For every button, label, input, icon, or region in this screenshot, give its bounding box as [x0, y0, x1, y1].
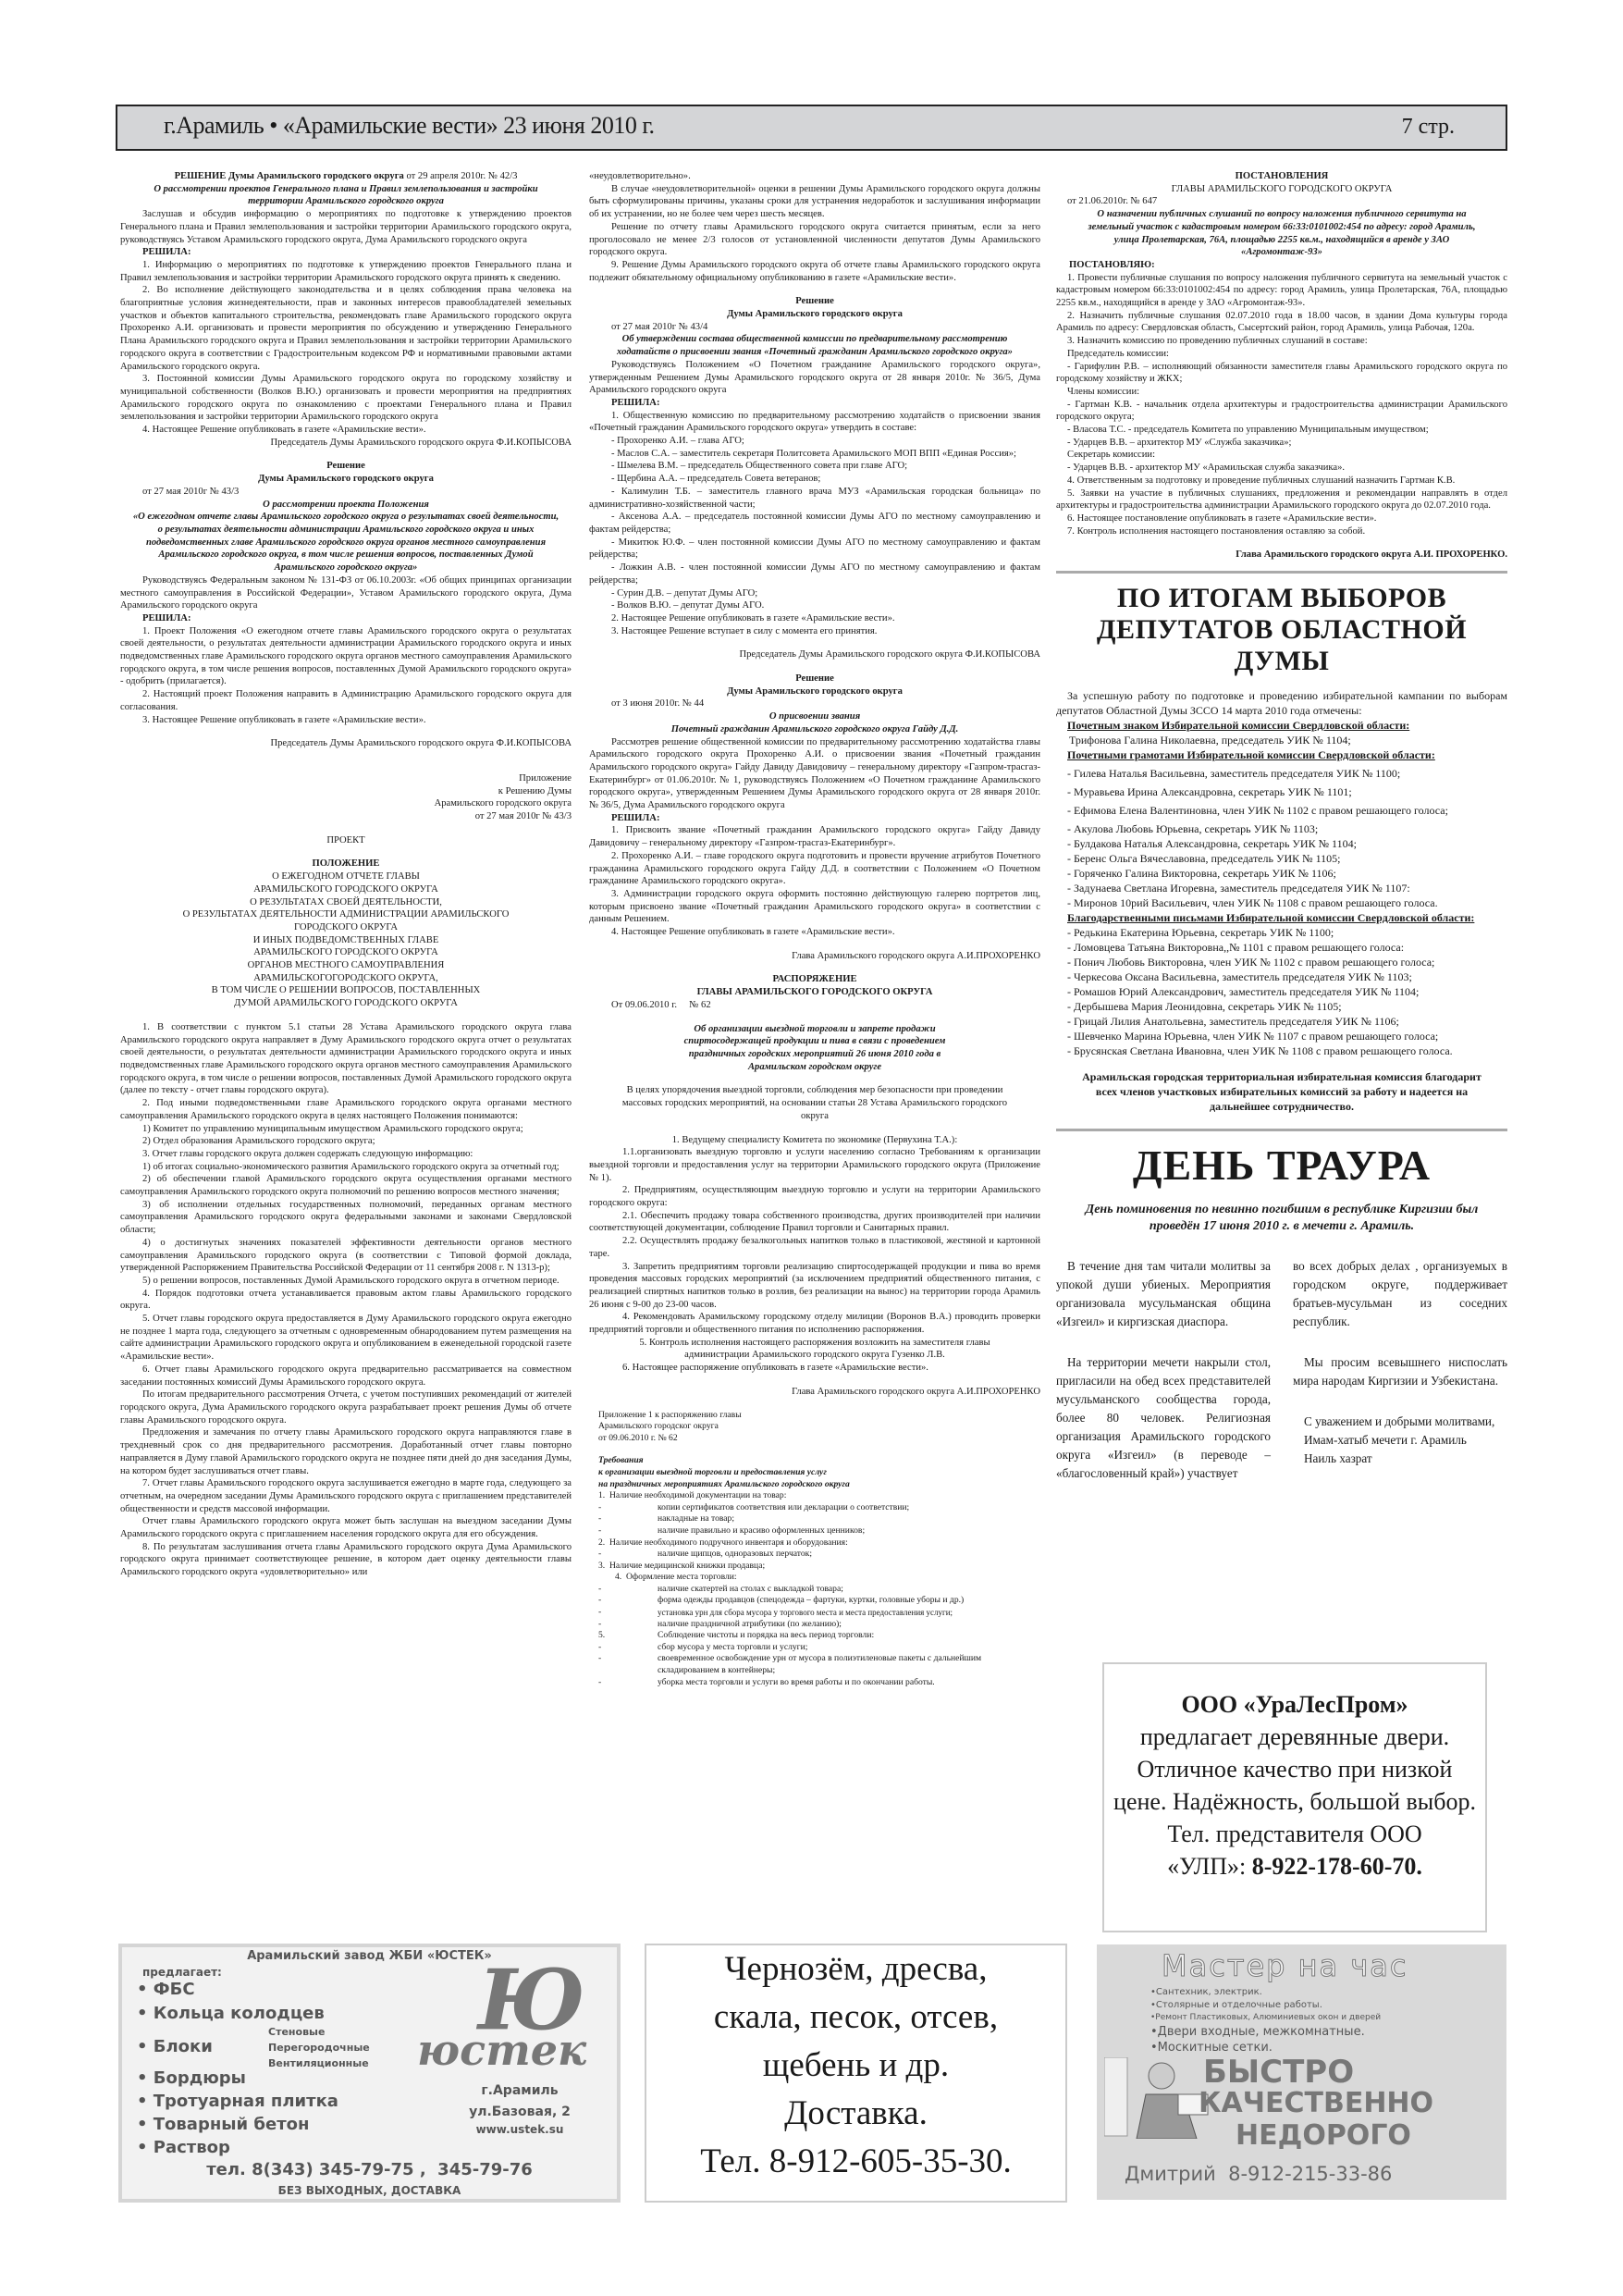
award-person: - Понич Любовь Викторовна, член УИК № 11…	[1056, 955, 1507, 969]
mourning-paragraph: Мы просим всевышнего ниспослать мира нар…	[1293, 1353, 1507, 1390]
regulation-paragraph: 8. По результатам заслушивания отчета гл…	[120, 1541, 572, 1579]
decision-title: Решение	[120, 460, 572, 473]
ad-product: • Раствор	[137, 2138, 230, 2157]
resolution-item: Секретарь комиссии:	[1056, 449, 1507, 462]
commission-member: - Прохоренко А.И. – глава АГО;	[589, 435, 1040, 448]
section-headline: ПО ИТОГАМ ВЫБОРОВ ДЕПУТАТОВ ОБЛАСТНОЙ ДУ…	[1056, 583, 1507, 677]
order-item: 2.2. Осуществлять продажу безалкогольных…	[589, 1235, 1040, 1260]
decision-44: Решение Думы Арамильского городского окр…	[589, 673, 1040, 962]
regulation-paragraph: По итогам предварительного рассмотрения …	[120, 1389, 572, 1426]
column-3: ПОСТАНОВЛЕНИЯ ГЛАВЫ АРАМИЛЬСКОГО ГОРОДСК…	[1056, 170, 1507, 1483]
regulation-paragraph: Отчет главы Арамильского городского окру…	[120, 1515, 572, 1540]
award-person: - Булдакова Наталья Александровна, секре…	[1056, 836, 1507, 851]
decision-item: 2. Прохоренко А.И. – главе городского ок…	[589, 850, 1040, 888]
decision-issuer: Думы Арамильского городского округа	[120, 473, 572, 486]
appendix-line: к Решению Думы	[120, 785, 572, 798]
award-group-title: Благодарственными письмами Избирательной…	[1056, 910, 1507, 925]
regulation-paragraph: 2) об обеспечении главой Арамильского го…	[120, 1173, 572, 1198]
award-person: - Ромашов Юрий Александрович, заместител…	[1056, 984, 1507, 999]
order-issuer: ГЛАВЫ АРАМИЛЬСКОГО ГОРОДСКОГО ОКРУГА	[589, 986, 1040, 999]
ad-slogan: НЕДОРОГО	[1236, 2120, 1411, 2152]
award-person: - Дербышева Мария Леонидовна, секретарь …	[1056, 999, 1507, 1014]
regulation-title-line: О РЕЗУЛЬТАТАХ СВОЕЙ ДЕЯТЕЛЬНОСТИ,	[120, 896, 572, 909]
requirement-row: 4.Оформление места торговли:	[598, 1572, 1040, 1584]
awards-intro: За успешную работу по подготовке и прове…	[1056, 688, 1507, 718]
decision-item: 4. Настоящее Решение опубликовать в газе…	[120, 424, 572, 437]
decision-item: 3. Администрации городского округа оформ…	[589, 888, 1040, 926]
ad-product: • Кольца колодцев	[137, 2004, 325, 2023]
decision-item: 1. Общественную комиссию по предваритель…	[589, 410, 1040, 435]
decision-intro: Руководствуясь Федеральным законом № 131…	[120, 574, 572, 612]
ad-line: щебень и др.	[646, 2042, 1065, 2090]
ad-slogan: БЫСТРО	[1203, 2055, 1354, 2089]
signature: Председатель Думы Арамильского городског…	[120, 737, 572, 750]
decision-subject: О рассмотрении проектов Генерального пла…	[120, 183, 572, 208]
order-item: 5. Контроль исполнения настоящего распор…	[589, 1337, 1040, 1362]
commission-member: - Щербина А.А. – председатель Совета вет…	[589, 473, 1040, 486]
ad-line: Чернозём, дресва,	[646, 1945, 1065, 1994]
ad-service: •Сантехник, электрик.	[1150, 1987, 1262, 1997]
mourning-signature: Имам-хатыб мечети г. Арамиль	[1293, 1431, 1507, 1450]
requirement-row: -наличие праздничной атрибутики (по жела…	[598, 1619, 1040, 1631]
award-person: - Шевченко Марина Юрьевна, член УИК № 11…	[1056, 1029, 1507, 1043]
decision-date: от 27 мая 2010г № 43/4	[589, 321, 1040, 334]
appendix-line: Арамильского городского округа	[120, 797, 572, 810]
ad-line: скала, песок, отсев,	[646, 1994, 1065, 2042]
appendix-line: Приложение 1 к распоряжению главы	[598, 1410, 1040, 1422]
requirement-row: -накладные на товар;	[598, 1513, 1040, 1525]
appendix-line: от 27 мая 2010г № 43/3	[120, 810, 572, 823]
resolved-label: РЕШИЛА:	[589, 812, 1040, 825]
order-item: 4. Рекомендовать Арамильскому городскому…	[589, 1311, 1040, 1336]
mourning-left-column: В течение дня там читали молитвы за упок…	[1056, 1257, 1271, 1483]
award-person: - Муравьева Ирина Александровна, секрета…	[1056, 784, 1507, 799]
commission-member: - Волков В.Ю. – депутат Думы АГО.	[589, 599, 1040, 612]
regulation-paragraph: 2) Отдел образования Арамильского городс…	[120, 1135, 572, 1148]
regulation-paragraph: 4) о достигнутых значениях показателей э…	[120, 1237, 572, 1275]
regulation-paragraph: Предложения и замечания по отчету главы …	[120, 1426, 572, 1477]
decision-subject: Об утверждении состава общественной коми…	[589, 333, 1040, 358]
decision-date: от 29 апреля 2010г. № 42/3	[404, 171, 518, 181]
award-group-title: Почетным знаком Избирательной комиссии С…	[1056, 718, 1507, 733]
decision-item: 1. Проект Положения «О ежегодном отчете …	[120, 625, 572, 689]
resolution-title: ПОСТАНОВЛЕНИЯ	[1056, 170, 1507, 183]
ad-product: • ФБС	[137, 1980, 195, 1999]
resolution-item: 4. Ответственным за подготовку и проведе…	[1056, 475, 1507, 488]
regulation-paragraph: 1. В соответствии с пунктом 5.1 статьи 2…	[120, 1021, 572, 1097]
ad-ustek: Арамильский завод ЖБИ «ЮСТЕК» предлагает…	[118, 1944, 621, 2203]
order-item: 6. Настоящее распоряжение опубликовать в…	[589, 1362, 1040, 1375]
ad-product: • Бордюры	[137, 2068, 246, 2088]
ad-offers-label: предлагает:	[142, 1966, 222, 1979]
requirement-row: -сбор мусора у места торговли и услуги;	[598, 1642, 1040, 1654]
commission-member: - Шмелева В.М. – председатель Общественн…	[589, 460, 1040, 473]
order-subject: Об организации выездной торговли и запре…	[589, 1023, 1040, 1074]
requirement-row: -своевременное освобождение урн от мусор…	[598, 1653, 1040, 1676]
regulation-title-line: АРАМИЛЬСКОГОГОРОДСКОГО ОКРУГА,	[120, 972, 572, 985]
order-62: РАСПОРЯЖЕНИЕ ГЛАВЫ АРАМИЛЬСКОГО ГОРОДСКО…	[589, 973, 1040, 1398]
decision-intro: Руководствуясь Положением «О Почетном гр…	[589, 359, 1040, 397]
regulation-paragraph: 4. Порядок подготовки отчета устанавлива…	[120, 1288, 572, 1313]
ad-website[interactable]: www.ustek.su	[427, 2123, 612, 2136]
order-item: 2.1. Обеспечить продажу товара собственн…	[589, 1210, 1040, 1235]
ad-address: ул.Базовая, 2	[427, 2105, 612, 2119]
regulation-paragraph: 1) об итогах социально-экономического ра…	[120, 1161, 572, 1174]
regulation-title-line: ДУМОЙ АРАМИЛЬСКОГО ГОРОДСКОГО ОКРУГА	[120, 997, 572, 1010]
regulation-title-line: ГОРОДСКОГО ОКРУГА	[120, 921, 572, 934]
regulation-title-line: В ТОМ ЧИСЛЕ О РЕШЕНИИ ВОПРОСОВ, ПОСТАВЛЕ…	[120, 984, 572, 997]
column-1: РЕШЕНИЕ Думы Арамильского городского окр…	[120, 170, 572, 1579]
award-person: - Брусянская Светлана Ивановна, член УИК…	[1056, 1043, 1507, 1058]
ad-block-type: Стеновые	[268, 2026, 325, 2038]
resolution-item: - Ударцев В.В. – архитектор МУ «Служба з…	[1056, 437, 1507, 450]
ad-phone: Дмитрий 8-912-215-33-86	[1125, 2163, 1392, 2185]
signature: Глава Арамильского городского округа А.И…	[589, 1386, 1040, 1399]
order-item: 1.1.организовать выездную торговлю и усл…	[589, 1146, 1040, 1184]
requirement-row: -наличие правильно и красиво оформленных…	[598, 1525, 1040, 1537]
regulation-paragraph: 3. Отчет главы городского округа должен …	[120, 1148, 572, 1161]
awards-list: За успешную работу по подготовке и прове…	[1056, 688, 1507, 1114]
ad-city: г.Арамиль	[427, 2083, 612, 2098]
resolution-date: от 21.06.2010г. № 647	[1056, 195, 1507, 208]
mourning-body: В течение дня там читали молитвы за упок…	[1056, 1257, 1507, 1483]
award-person: - Задунаева Светлана Игоревна, заместите…	[1056, 881, 1507, 895]
order-item: 3. Запретить предприятиям торговли реали…	[589, 1261, 1040, 1312]
ad-phone: 8-922-178-60-70.	[1252, 1853, 1422, 1880]
signature: Председатель Думы Арамильского городског…	[120, 437, 572, 450]
decision-issuer: Думы Арамильского городского округа	[589, 308, 1040, 321]
award-person: Трифонова Галина Николаевна, председател…	[1056, 733, 1507, 747]
regulation-paragraph: 3) об исполнении отдельных государственн…	[120, 1199, 572, 1237]
requirement-row: -наличие скатертей на столах с выкладкой…	[598, 1584, 1040, 1596]
commission-member: - Сурин Д.В. – депутат Думы АГО;	[589, 587, 1040, 600]
resolution-item: 2. Назначить публичные слушания 02.07.20…	[1056, 310, 1507, 335]
regulation-paragraph: 6. Отчет главы Арамильского городского о…	[120, 1364, 572, 1389]
column-2: «неудовлетворительно». В случае «неудовл…	[589, 170, 1040, 1688]
appendix-line: Приложение	[120, 772, 572, 785]
resolution-item: 3. Назначить комиссию по проведению публ…	[1056, 335, 1507, 348]
award-person: - Миронов 10рий Васильевич, член УИК № 1…	[1056, 895, 1507, 910]
requirement-row: 2.Наличие необходимого подручного инвент…	[598, 1537, 1040, 1549]
requirement-row: -копии сертификатов соответствия или дек…	[598, 1502, 1040, 1514]
order-intro: В целях упорядочения выездной торговли, …	[589, 1084, 1040, 1122]
order-date: От 09.06.2010 г. № 62	[589, 999, 1040, 1012]
appendix-line: Арамильского городског округа	[598, 1421, 1040, 1433]
mourning-subtitle: День поминовения по невинно погибшим в р…	[1056, 1202, 1507, 1235]
decision-date: от 3 июня 2010г. № 44	[589, 697, 1040, 710]
ad-company-name: ООО «УраЛесПром»	[1104, 1688, 1485, 1721]
resolution-item: - Ударцев В.В. - архитектор МУ «Арамильс…	[1056, 462, 1507, 475]
ad-slogan: КАЧЕСТВЕННО	[1199, 2088, 1433, 2119]
decision-title: РЕШЕНИЕ Думы Арамильского городского окр…	[175, 171, 404, 181]
decision-subject-detail: Почетный гражданин Арамильского городско…	[589, 723, 1040, 736]
order-item: 1. Ведущему специалисту Комитета по экон…	[589, 1134, 1040, 1147]
ad-service: •Москитные сетки.	[1150, 2041, 1273, 2055]
resolution-item: 7. Контроль исполнения настоящего постан…	[1056, 525, 1507, 538]
requirement-row: -уборка места торговли и услуги во время…	[598, 1677, 1040, 1689]
requirement-row: -установка урн для сбора мусора у торгов…	[598, 1607, 1040, 1619]
ad-phone: Тел. 8-912-605-35-30.	[646, 2138, 1065, 2186]
ad-soil-delivery: Чернозём, дресва, скала, песок, отсев, щ…	[645, 1944, 1067, 2203]
decision-title: Решение	[589, 673, 1040, 685]
decision-item: 3. Постоянной комиссии Думы Арамильского…	[120, 373, 572, 424]
section-headline: ДЕНЬ ТРАУРА	[1056, 1141, 1507, 1191]
award-group-title: Почетными грамотами Избирательной комисс…	[1056, 747, 1507, 762]
decision-item: 3. Настоящее Решение опубликовать в газе…	[120, 714, 572, 727]
ad-title: Мастер на час	[1162, 1948, 1408, 1983]
award-person: - Редькина Екатерина Юрьевна, секретарь …	[1056, 925, 1507, 940]
resolution-item: - Гартман К.В. - начальник отдела архите…	[1056, 399, 1507, 424]
ad-handyman: Мастер на час •Сантехник, электрик. •Сто…	[1097, 1944, 1506, 2200]
mourning-paragraph: На территории мечети накрыли стол, пригл…	[1056, 1353, 1271, 1483]
award-person: - Ломовцева Татьяна Викторовна,,№ 1101 с…	[1056, 940, 1507, 955]
signature: Глава Арамильского городского округа А.И…	[589, 950, 1040, 963]
elections-results: ПО ИТОГАМ ВЫБОРОВ ДЕПУТАТОВ ОБЛАСТНОЙ ДУ…	[1056, 583, 1507, 1114]
regulation-continuation: «неудовлетворительно». В случае «неудовл…	[589, 170, 1040, 284]
ad-service: •Ремонт Пластиковых, Алюминиевых окон и …	[1150, 2013, 1381, 2022]
decision-subject: О рассмотрении проекта Положения	[120, 499, 572, 512]
decision-item: 1. Информацию о мероприятиях по подготов…	[120, 259, 572, 284]
decision-item: 4. Настоящее Решение опубликовать в газе…	[589, 926, 1040, 939]
decision-42-3: РЕШЕНИЕ Думы Арамильского городского окр…	[120, 170, 572, 449]
signature: Председатель Думы Арамильского городског…	[589, 648, 1040, 661]
resolution-item: 1. Провести публичные слушания по вопрос…	[1056, 272, 1507, 310]
decision-intro: Заслушав и обсудив информацию о мероприя…	[120, 208, 572, 246]
appendix-regulation: Приложение к Решению Думы Арамильского г…	[120, 772, 572, 1579]
ad-product: • Товарный бетон	[137, 2115, 309, 2134]
regulation-title: ПОЛОЖЕНИЕ	[120, 858, 572, 870]
regulation-paragraph: 1) Комитет по управлению муниципальным и…	[120, 1123, 572, 1136]
regulation-title-line: И ИНЫХ ПОДВЕДОМСТВЕННЫХ ГЛАВЕ	[120, 934, 572, 947]
requirement-row: -форма одежды продавцов (спецодежда – фа…	[598, 1595, 1040, 1607]
ad-product: • Блоки	[137, 2037, 213, 2056]
requirements-title: к организации выездной торговли и предос…	[598, 1467, 1040, 1479]
decision-item: 1. Присвоить звание «Почетный гражданин …	[589, 824, 1040, 849]
ad-block-type: Перегородочные	[268, 2042, 370, 2054]
ad-service: •Двери входные, межкомнатные.	[1150, 2025, 1365, 2039]
ad-block-type: Вентиляционные	[268, 2057, 369, 2069]
decision-item: 2. Настоящий проект Положения направить …	[120, 688, 572, 713]
award-person: - Ефимова Елена Валентиновна, член УИК №…	[1056, 803, 1507, 818]
page-number: 7 стр.	[1402, 115, 1455, 140]
resolution-issuer: ГЛАВЫ АРАМИЛЬСКОГО ГОРОДСКОГО ОКРУГА	[1056, 183, 1507, 196]
award-person: - Черкесова Оксана Васильевна, заместите…	[1056, 969, 1507, 984]
ad-service: •Столярные и отделочные работы.	[1150, 2000, 1322, 2010]
requirement-row: -наличие щипцов, одноразовых перчаток;	[598, 1549, 1040, 1561]
requirement-row: 1.Наличие необходимой документации на то…	[598, 1490, 1040, 1502]
decision-43-3: Решение Думы Арамильского городского окр…	[120, 460, 572, 749]
resolution-647: ПОСТАНОВЛЕНИЯ ГЛАВЫ АРАМИЛЬСКОГО ГОРОДСК…	[1056, 170, 1507, 562]
resolution-item: 6. Настоящее постановление опубликовать …	[1056, 512, 1507, 525]
requirement-row: 5.Соблюдение чистоты и порядка на весь п…	[598, 1630, 1040, 1642]
mourning-signature-name: Наиль хазрат	[1293, 1450, 1507, 1468]
requirement-row: 3.Наличие медицинской книжки продавца;	[598, 1561, 1040, 1573]
ad-text: предлагает деревянные двери. Отличное ка…	[1104, 1721, 1485, 1818]
ad-phone: тел. 8(343) 345-79-75 , 345-79-76	[122, 2160, 617, 2179]
commission-member: - Микитюк Ю.Ф. – член постоянной комисси…	[589, 537, 1040, 562]
newspaper-masthead: г.Арамиль • «Арамильские вести» 23 июня …	[164, 112, 655, 140]
ad-uralesprom: ООО «УраЛесПром» предлагает деревянные д…	[1102, 1662, 1487, 1932]
order-item: 2. Предприятиям, осуществляющим выездную…	[589, 1184, 1040, 1209]
mourning-day: ДЕНЬ ТРАУРА День поминовения по невинно …	[1056, 1141, 1507, 1483]
commission-member: - Ложкин А.В. - член постоянной комиссии…	[589, 562, 1040, 586]
decision-date: от 27 мая 2010г № 43/3	[120, 486, 572, 499]
mourning-right-column: во всех добрых делах , организуемых в го…	[1293, 1257, 1507, 1483]
decision-title: Решение	[589, 295, 1040, 308]
resolved-label: РЕШИЛА:	[120, 612, 572, 625]
resolved-label: РЕШИЛА:	[120, 246, 572, 259]
page-header: г.Арамиль • «Арамильские вести» 23 июня …	[116, 105, 1507, 151]
commission-thanks: Арамильская городская территориальная из…	[1056, 1069, 1507, 1114]
requirements-title: Требования	[598, 1455, 1040, 1467]
award-person: - Грицай Лилия Анатольевна, заместитель …	[1056, 1014, 1507, 1029]
order-title: РАСПОРЯЖЕНИЕ	[589, 973, 1040, 986]
section-divider	[1056, 571, 1507, 574]
resolution-subject: О назначении публичных слушаний по вопро…	[1056, 208, 1507, 259]
regulation-title-line: АРАМИЛЬСКОГО ГОРОДСКОГО ОКРУГА	[120, 946, 572, 959]
regulation-paragraph: 5) о решении вопросов, поставленных Думо…	[120, 1275, 572, 1288]
ad-line: Доставка.	[646, 2090, 1065, 2138]
decision-item: 2. Во исполнение действующего законодате…	[120, 284, 572, 373]
ad-product: • Тротуарная плитка	[137, 2092, 338, 2111]
resolution-item: Председатель комиссии:	[1056, 348, 1507, 361]
decision-subject-detail: «О ежегодном отчете главы Арамильского г…	[120, 511, 572, 574]
regulation-title-line: О РЕЗУЛЬТАТАХ ДЕЯТЕЛЬНОСТИ АДМИНИСТРАЦИИ…	[120, 908, 572, 921]
regulation-paragraph: 2. Под иными подведомственными главе Ара…	[120, 1097, 572, 1122]
resolved-label: РЕШИЛА:	[589, 397, 1040, 410]
commission-member: - Маслов С.А. – заместитель секретаря По…	[589, 448, 1040, 461]
regulation-title-line: ОРГАНОВ МЕСТНОГО САМОУПРАВЛЕНИЯ	[120, 959, 572, 972]
regulation-title-line: АРАМИЛЬСКОГО ГОРОДСКОГО ОКРУГА	[120, 883, 572, 896]
requirements-title: на праздничных мероприятиях Арамильского…	[598, 1479, 1040, 1491]
resolved-label: ПОСТАНОВЛЯЮ:	[1056, 259, 1507, 272]
regulation-paragraph: Решение по отчету главы Арамильского гор…	[589, 221, 1040, 259]
mourning-paragraph: во всех добрых делах , организуемых в го…	[1293, 1257, 1507, 1331]
mourning-paragraph: В течение дня там читали молитвы за упок…	[1056, 1257, 1271, 1331]
draft-label: ПРОЕКТ	[120, 834, 572, 847]
award-person: - Беренс Ольга Вячеславовна, председател…	[1056, 851, 1507, 866]
resolution-item: Члены комиссии:	[1056, 386, 1507, 399]
regulation-paragraph: «неудовлетворительно».	[589, 170, 1040, 183]
mourning-paragraph: С уважением и добрыми молитвами,	[1293, 1413, 1507, 1431]
section-divider	[1056, 1129, 1507, 1131]
decision-intro: Рассмотрев решение общественной комиссии…	[589, 736, 1040, 812]
commission-member: - Аксенова А.А. – председатель постоянно…	[589, 511, 1040, 536]
award-person: - Гилева Наталья Васильевна, заместитель…	[1056, 766, 1507, 781]
ad-footer: БЕЗ ВЫХОДНЫХ, ДОСТАВКА	[122, 2184, 617, 2197]
ustek-logo-icon: Ю юстек	[413, 1960, 608, 2071]
resolution-item: - Гарифулин Р.В. – исполняющий обязаннос…	[1056, 361, 1507, 386]
award-person: - Акулова Любовь Юрьевна, секретарь УИК …	[1056, 821, 1507, 836]
resolution-item: 5. Заявки на участие в публичных слушани…	[1056, 488, 1507, 512]
decision-issuer: Думы Арамильского городского округа	[589, 685, 1040, 698]
commission-member: - Калимулин Т.Б. – заместитель главного …	[589, 486, 1040, 511]
decision-43-4: Решение Думы Арамильского городского окр…	[589, 295, 1040, 661]
signature: Глава Арамильского городского округа А.И…	[1056, 549, 1507, 562]
resolution-item: - Власова Т.С. - председатель Комитета п…	[1056, 424, 1507, 437]
appendix-line: от 09.06.2010 г. № 62	[598, 1433, 1040, 1445]
regulation-paragraph: 5. Отчет главы городского округа предост…	[120, 1313, 572, 1364]
decision-item: 2. Настоящее Решение опубликовать в газе…	[589, 612, 1040, 625]
regulation-paragraph: 7. Отчет главы Арамильского городского о…	[120, 1477, 572, 1515]
decision-subject: О присвоении звания	[589, 710, 1040, 723]
award-person: - Горяченко Галина Викторовна, секретарь…	[1056, 866, 1507, 881]
regulation-title-line: О ЕЖЕГОДНОМ ОТЧЕТЕ ГЛАВЫ	[120, 870, 572, 883]
regulation-paragraph: В случае «неудовлетворительной» оценки в…	[589, 183, 1040, 221]
regulation-paragraph: 9. Решение Думы Арамильского городского …	[589, 259, 1040, 284]
order-appendix: Приложение 1 к распоряжению главы Арамил…	[589, 1410, 1040, 1689]
decision-item: 3. Настоящее Решение вступает в силу с м…	[589, 625, 1040, 638]
